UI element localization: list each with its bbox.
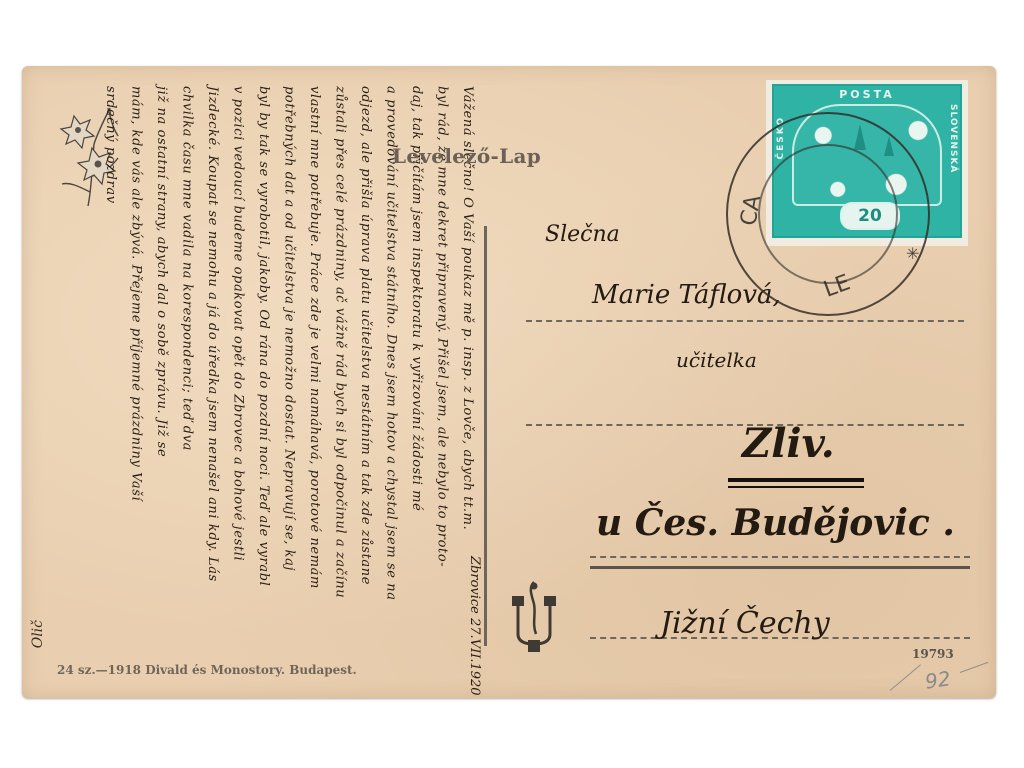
message-line: chvilka času mne vadila na korespondenci…	[180, 86, 195, 451]
message-line: srdečný pozdrav	[103, 86, 118, 204]
serial-number: 19793	[912, 647, 954, 661]
address-name: Marie Táflová,	[592, 280, 781, 310]
postmark-text-left: CA	[736, 193, 766, 227]
address-title: učitelka	[676, 348, 757, 372]
message-line: vlastní mne potřebuje. Práce zde je velm…	[307, 86, 322, 589]
message-line: zůstali přes celé prázdniny, ač vážně rá…	[333, 86, 348, 598]
publisher-imprint: 24 sz.—1918 Divald és Monostory. Budapes…	[57, 663, 357, 677]
handwritten-message: Vážená slečno! O Vaší poukaz mě p. insp.…	[60, 86, 480, 646]
address-district: u Čes. Budějovic .	[596, 502, 955, 544]
publisher-logo-icon	[508, 578, 560, 654]
message-line: byl by tak se vyrobotil, jakoby. Od rána…	[256, 86, 271, 586]
pencil-price-note: 92	[923, 666, 952, 693]
address-line-1	[526, 320, 964, 322]
city-underline	[728, 478, 864, 482]
message-line: odjezd, ale přišla úprava platu učitelst…	[358, 86, 373, 585]
message-line: mám, kde vás ale zbývá. Přejeme příjemné…	[129, 86, 144, 501]
address-region: Jižní Čechy	[660, 606, 830, 641]
message-signature: Olič	[30, 620, 46, 648]
stamp-top-text: POSTA	[774, 88, 960, 101]
address-salutation: Slečna	[545, 222, 620, 247]
center-divider	[484, 226, 487, 646]
message-line: Jizdecké. Koupat se nemohu a já do úředk…	[205, 86, 220, 582]
message-line: v pozici vedoucí budeme opakovat opět do…	[231, 86, 246, 561]
address-city: Zliv.	[742, 420, 835, 467]
stamp-right-text: SLOVENSKÁ	[948, 104, 958, 173]
message-line: již na ostatní strany, abych dal o sobě …	[154, 86, 169, 457]
address-rule	[590, 566, 970, 569]
postmark-inner-ring	[758, 144, 898, 284]
postmark-star-icon: ✳	[906, 244, 919, 263]
message-date: Zbrovice 27.VII.1920	[467, 556, 482, 696]
city-underline-thin	[728, 486, 864, 488]
message-line: potřebných dat a od učitelstva je nemožn…	[282, 86, 297, 571]
address-line-3	[590, 556, 970, 558]
postmark-circle: CA LE	[726, 112, 930, 316]
postcard-title: Levelező-Lap	[392, 144, 541, 168]
